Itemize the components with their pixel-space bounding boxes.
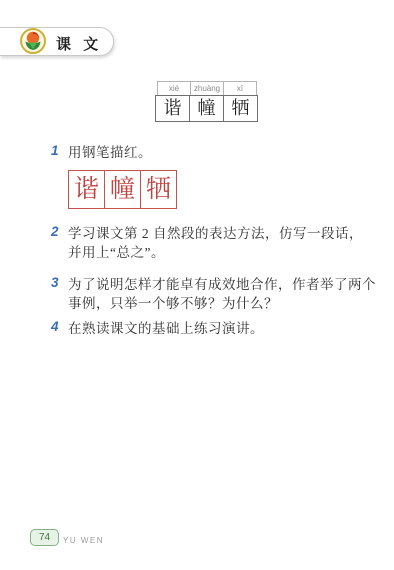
tracing-character-cell: 谐 xyxy=(68,170,105,209)
tracing-boxes: 谐 幢 牺 xyxy=(68,170,177,209)
exercise-item-1: 1 用钢笔描红。 xyxy=(51,143,368,162)
exercise-number: 4 xyxy=(51,319,68,338)
character-cell: 牺 xyxy=(223,95,258,122)
pinyin-cell: xī xyxy=(223,81,257,96)
exercise-item-2: 2 学习课文第 2 自然段的表达方法，仿写一段话，并用上“总之”。 xyxy=(51,224,369,262)
tracing-character-cell: 牺 xyxy=(140,170,177,209)
pinyin-cell: zhuàng xyxy=(190,81,224,96)
tracing-character-cell: 幢 xyxy=(104,170,141,209)
exercise-number: 2 xyxy=(51,224,68,262)
pinyin-cell: xié xyxy=(157,81,191,96)
textbook-page: 课 文 xié zhuàng xī 谐 幢 牺 1 用钢笔描红。 谐 幢 牺 2… xyxy=(0,0,394,570)
pinyin-row: xié zhuàng xī xyxy=(157,81,257,96)
exercise-number: 1 xyxy=(51,143,68,162)
character-cell: 幢 xyxy=(189,95,224,122)
vocab-table: xié zhuàng xī 谐 幢 牺 xyxy=(155,81,259,122)
exercise-text: 学习课文第 2 自然段的表达方法，仿写一段话，并用上“总之”。 xyxy=(68,224,369,262)
exercise-text: 在熟读课文的基础上练习演讲。 xyxy=(68,319,376,338)
section-title: 课 文 xyxy=(56,33,102,54)
exercise-text: 为了说明怎样才能卓有成效地合作，作者举了两个事例，只举一个够不够？为什么？ xyxy=(68,275,376,313)
publisher-logo-icon xyxy=(20,28,46,54)
exercise-item-4: 4 在熟读课文的基础上练习演讲。 xyxy=(51,319,376,338)
exercise-number: 3 xyxy=(51,275,68,313)
subject-label: YU WEN xyxy=(63,536,104,545)
exercise-item-3: 3 为了说明怎样才能卓有成效地合作，作者举了两个事例，只举一个够不够？为什么？ xyxy=(51,275,376,313)
section-header-badge: 课 文 xyxy=(0,27,114,56)
exercise-text: 用钢笔描红。 xyxy=(68,143,368,162)
character-cell: 谐 xyxy=(155,95,190,122)
page-number-badge: 74 xyxy=(30,529,59,546)
character-row: 谐 幢 牺 xyxy=(155,95,259,122)
